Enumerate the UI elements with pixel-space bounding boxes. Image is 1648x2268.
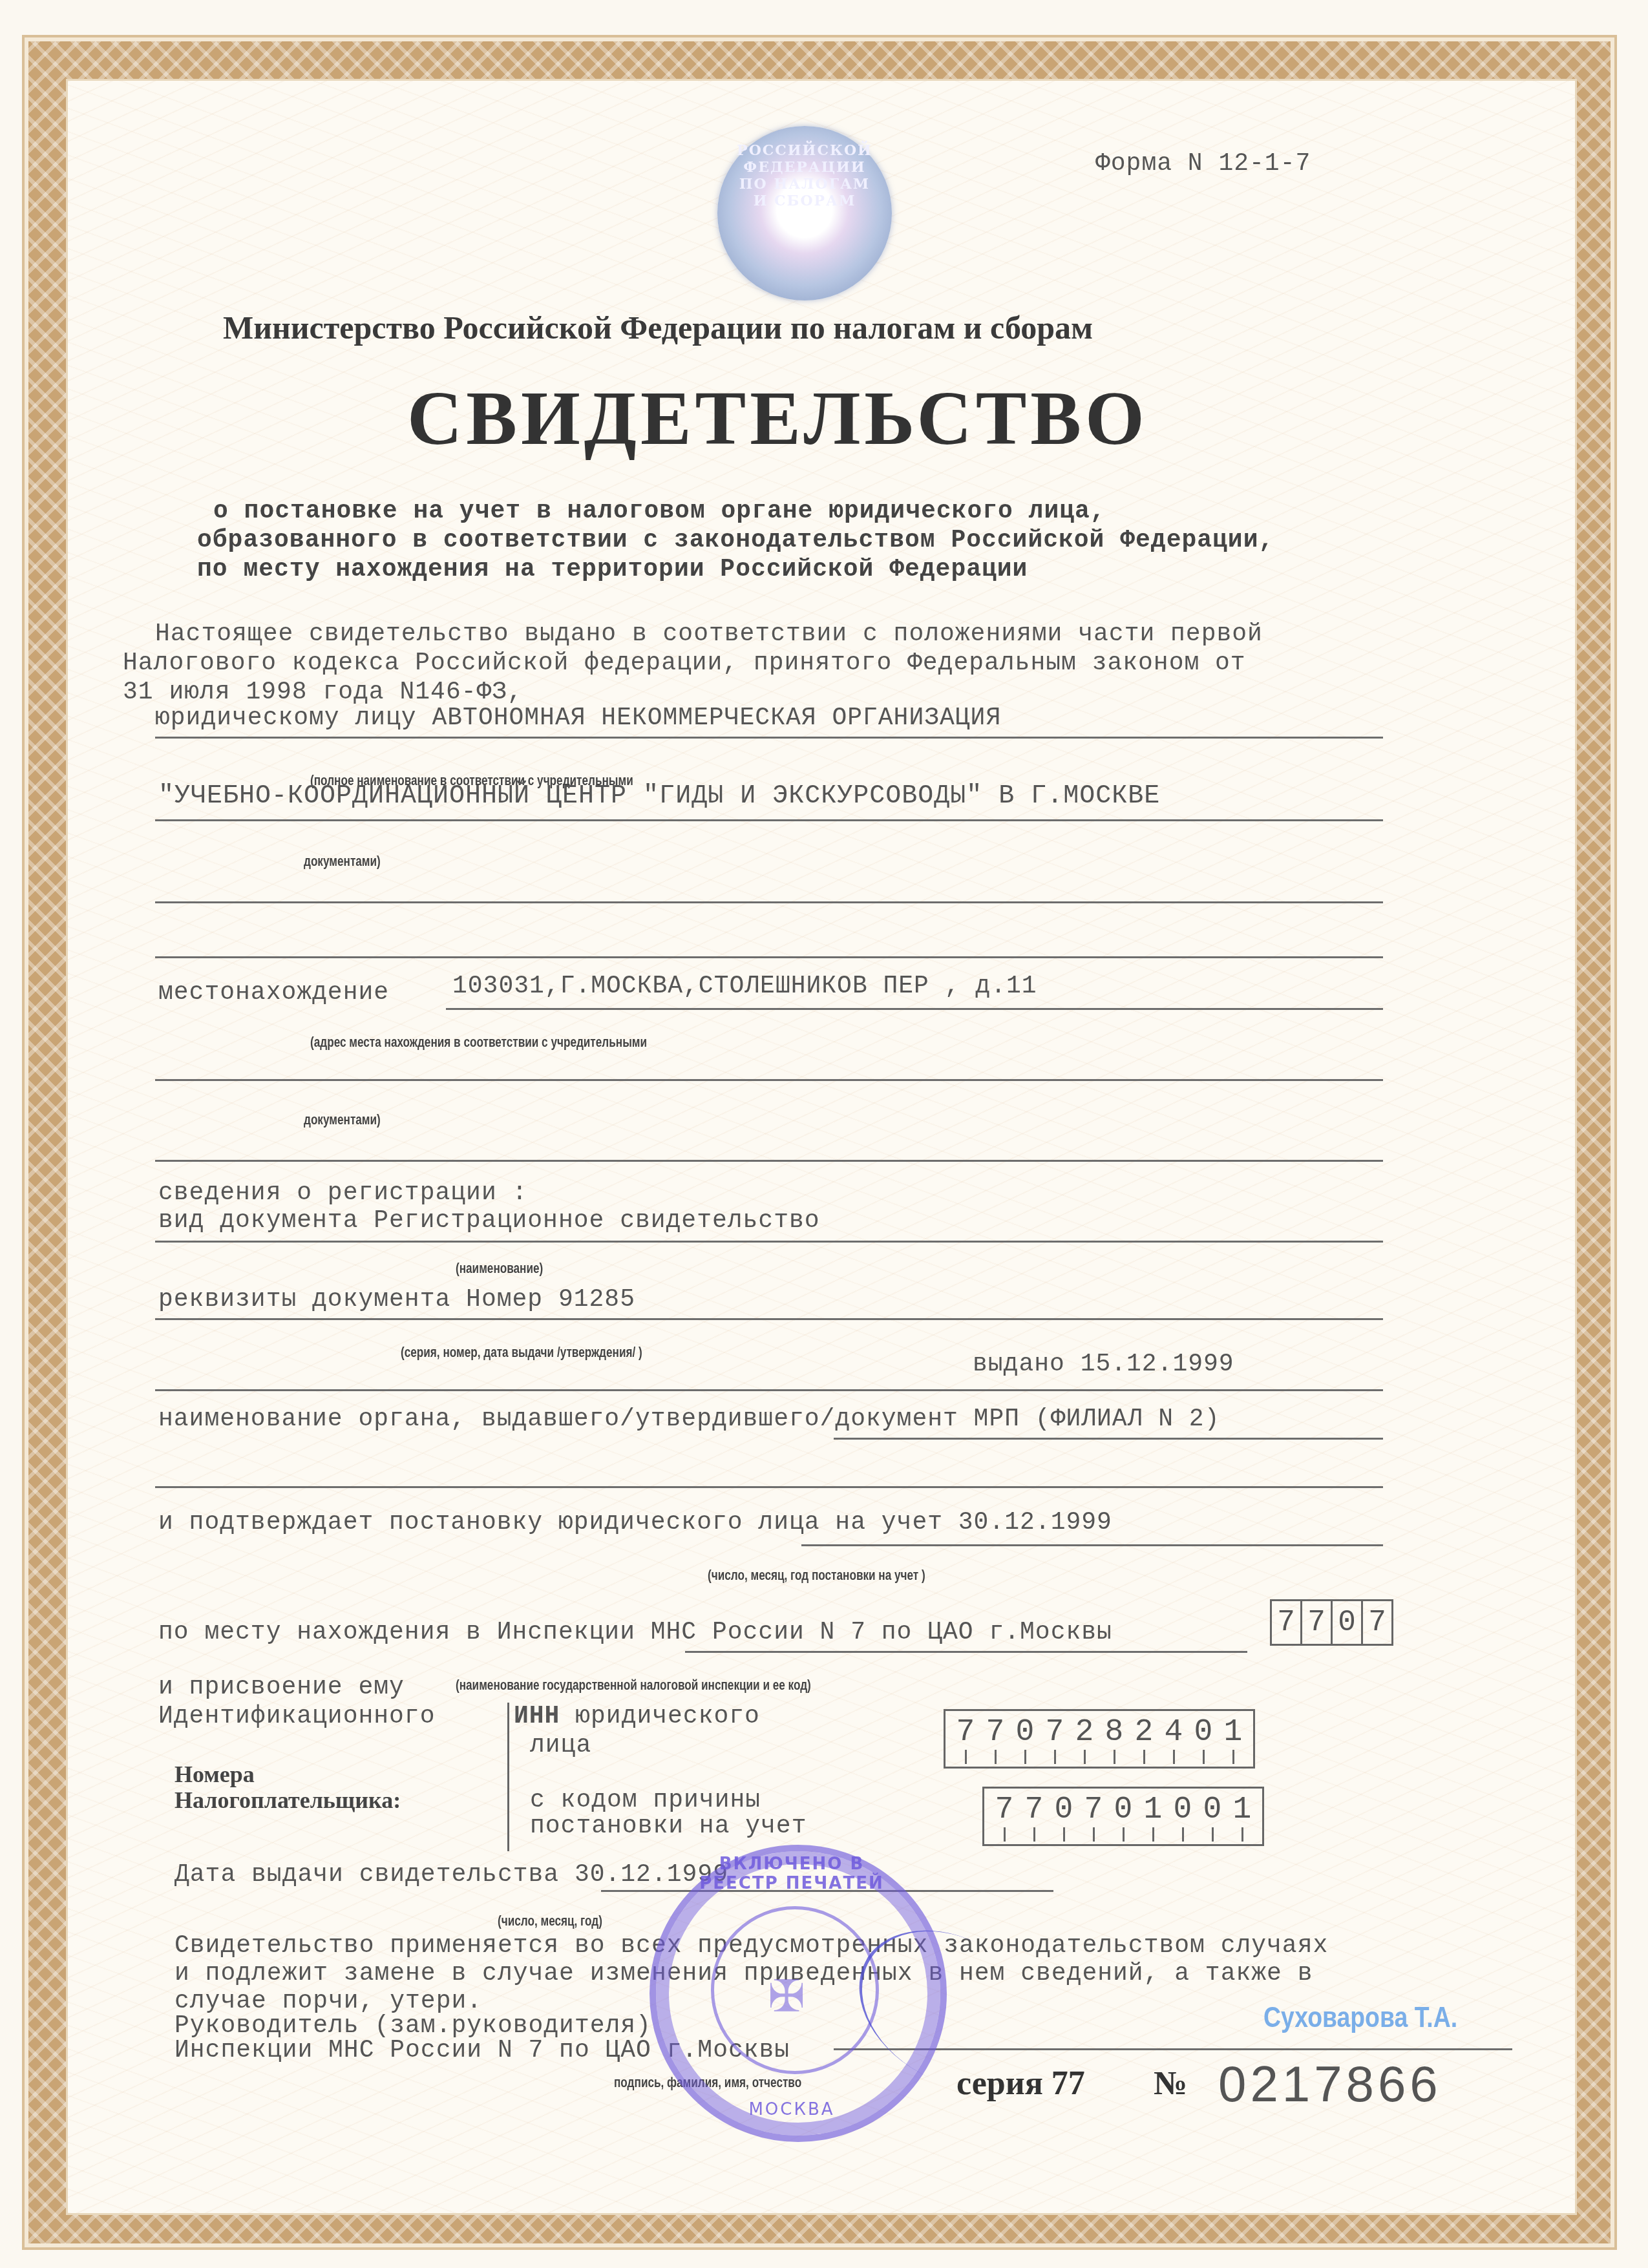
issuer-label: наименование органа, выдавшего/утвердивш… (158, 1405, 958, 1433)
inspection-label: по месту нахождения в (158, 1619, 481, 1646)
code-digit: 0 (1333, 1601, 1363, 1644)
underline (685, 1651, 1247, 1653)
subtitle-line: о постановке на учет в налоговом органе … (213, 498, 1106, 525)
eagle-emblem-icon: ✠ (769, 1958, 804, 2030)
code-digit: 7 (1363, 1601, 1391, 1644)
kpp-label-1: с кодом причины (530, 1787, 761, 1814)
intro-line: 31 июля 1998 года N146-ФЗ, (123, 678, 523, 706)
code-digit: 2 (1070, 1715, 1099, 1750)
kpp-ticks (989, 1827, 1257, 1844)
entity-row: юридическому лицу АВТОНОМНАЯ НЕКОММЕРЧЕС… (155, 704, 1001, 732)
code-digit: 7 (951, 1715, 980, 1750)
doc-type-row: вид документа Регистрационное свидетельс… (158, 1207, 820, 1235)
digit-tick (1079, 1827, 1108, 1844)
confirm-label: и подтверждает постановку юридического л… (158, 1509, 943, 1537)
digit-tick (1019, 1827, 1049, 1844)
digit-tick (1010, 1750, 1040, 1767)
inn-box: 7707282401 (944, 1709, 1255, 1769)
stamp-top-text: ВКЛЮЧЕНО В РЕЕСТР ПЕЧАТЕЙ (685, 1854, 898, 1893)
divider-line (507, 1703, 509, 1851)
digit-tick (1218, 1750, 1248, 1767)
underline (155, 1160, 1383, 1162)
issue-date-label: Дата выдачи свидетельства (174, 1861, 559, 1889)
underline (155, 901, 1383, 903)
code-digit: 0 (1188, 1715, 1218, 1750)
location-label: местонахождение (158, 979, 389, 1007)
code-digit: 7 (1019, 1792, 1049, 1827)
code-digit: 0 (1198, 1792, 1227, 1827)
kpp-label-2: постановки на учет (530, 1812, 807, 1840)
id-label-1: Идентификационного (158, 1703, 435, 1730)
hologram-text: РОССИЙСКОЙ ФЕДЕРАЦИИ ПО НАЛОГАМ И СБОРАМ (730, 142, 879, 209)
location-caption: (адрес места нахождения в соответствии с… (310, 1034, 647, 1051)
entity-label: юридическому лицу (155, 704, 417, 732)
digit-tick (1138, 1827, 1168, 1844)
digit-tick (951, 1750, 980, 1767)
inn-label-bold: ИНН (514, 1703, 560, 1730)
issuer-value: МРП (ФИЛИАЛ N 2) (974, 1405, 1220, 1433)
serial-number: 0217866 (1218, 2055, 1442, 2114)
digit-tick (980, 1750, 1010, 1767)
inspection-row: по месту нахождения в Инспекции МНС Росс… (158, 1619, 1112, 1646)
digit-tick (1049, 1827, 1079, 1844)
issued-label: выдано (973, 1350, 1065, 1378)
underline (834, 1438, 1383, 1440)
code-digit: 1 (1227, 1792, 1257, 1827)
underline (446, 1008, 1383, 1010)
digit-tick (1168, 1827, 1198, 1844)
issue-date-caption: (число, месяц, год) (498, 1913, 602, 1929)
code-digit: 7 (1079, 1792, 1108, 1827)
digit-tick (989, 1827, 1019, 1844)
code-digit: 4 (1159, 1715, 1188, 1750)
doc-type-caption: (наименование) (456, 1260, 543, 1277)
code-digit: 7 (1302, 1601, 1333, 1644)
doc-details-row: реквизиты документа Номер 91285 (158, 1286, 635, 1314)
code-digit: 1 (1218, 1715, 1248, 1750)
page-title: СВИДЕТЕЛЬСТВО (407, 375, 1148, 463)
intro-line: Настоящее свидетельство выдано в соответ… (155, 620, 1263, 648)
underline (155, 1389, 1383, 1391)
kpp-digits: 770701001 (989, 1792, 1257, 1827)
underline (155, 1486, 1383, 1488)
form-number: Форма N 12-1-7 (1095, 150, 1311, 178)
confirm-row: и подтверждает постановку юридического л… (158, 1509, 1112, 1537)
code-digit: 7 (980, 1715, 1010, 1750)
digit-tick (1040, 1750, 1070, 1767)
underline (155, 819, 1383, 821)
number-sign: № (1154, 2064, 1187, 2103)
inspection-code-box: 7 7 0 7 (1270, 1599, 1393, 1646)
subtitle-line: образованного в соответствии с законодат… (197, 527, 1274, 554)
inn-digits: 7707282401 (951, 1715, 1248, 1750)
confirm-date: 30.12.1999 (958, 1509, 1112, 1537)
doc-details-label: реквизиты документа (158, 1286, 450, 1314)
entity-name-line2: "УЧЕБНО-КООРДИНАЦИОННЫЙ ЦЕНТР "ГИДЫ И ЭК… (158, 782, 1160, 811)
inspection-value: Инспекции МНС России N 7 по ЦАО г.Москвы (497, 1619, 1112, 1646)
code-digit: 0 (1168, 1792, 1198, 1827)
registration-label: сведения о регистрации : (158, 1179, 527, 1207)
digit-tick (1108, 1827, 1138, 1844)
doc-type-label: вид документа (158, 1207, 358, 1235)
digit-tick (1159, 1750, 1188, 1767)
digit-tick (1188, 1750, 1218, 1767)
issued-date: 15.12.1999 (1081, 1350, 1234, 1378)
head-label-1: Руководитель (зам.руководителя) (174, 2012, 651, 2040)
id-label-3: Налогоплательщика: (174, 1787, 401, 1814)
code-digit: 0 (1010, 1715, 1040, 1750)
code-digit: 7 (1272, 1601, 1302, 1644)
doc-details-caption: (серия, номер, дата выдачи /утверждения/… (401, 1344, 642, 1361)
inn-label-rest: юридического (575, 1703, 760, 1730)
code-digit: 0 (1049, 1792, 1079, 1827)
assign-label: и присвоение ему (158, 1674, 405, 1701)
digit-tick (1099, 1750, 1129, 1767)
issuer-row: наименование органа, выдавшего/утвердивш… (158, 1405, 1220, 1433)
doc-details-value: Номер 91285 (466, 1286, 635, 1314)
issue-date-row: Дата выдачи свидетельства 30.12.1999 (174, 1861, 728, 1889)
entity-name-line1: АВТОНОМНАЯ НЕКОММЕРЧЕСКАЯ ОРГАНИЗАЦИЯ (432, 704, 1001, 732)
underline (155, 737, 1383, 739)
subtitle-line: по месту нахождения на территории Россий… (197, 556, 1028, 583)
underline (155, 956, 1383, 958)
digit-tick (1070, 1750, 1099, 1767)
id-label-2: Номера (174, 1761, 255, 1788)
digit-tick (1227, 1827, 1257, 1844)
digit-tick (1129, 1750, 1159, 1767)
issued-row: выдано 15.12.1999 (973, 1350, 1234, 1378)
underline (155, 1241, 1383, 1243)
inn-ticks (951, 1750, 1248, 1767)
underline (155, 1318, 1383, 1320)
location-caption: документами) (304, 1111, 381, 1128)
code-digit: 0 (1108, 1792, 1138, 1827)
underline (155, 1079, 1383, 1081)
code-digit: 2 (1129, 1715, 1159, 1750)
code-digit: 7 (1040, 1715, 1070, 1750)
digit-tick (1198, 1827, 1227, 1844)
confirm-caption: (число, месяц, год постановки на учет ) (708, 1567, 925, 1584)
entity-caption: документами) (304, 853, 381, 870)
intro-line: Налогового кодекса Российской федерации,… (123, 649, 1246, 677)
ministry-heading: Министерство Российской Федерации по нал… (223, 309, 1093, 346)
underline (801, 1544, 1383, 1546)
assign-caption: (наименование государственной налоговой … (456, 1677, 811, 1694)
code-digit: 1 (1138, 1792, 1168, 1827)
kpp-box: 770701001 (982, 1787, 1264, 1846)
signer-name: Суховарова Т.А. (1263, 2002, 1457, 2034)
stamp-bottom-text: МОСКВА (685, 2100, 898, 2119)
inn-label-2: лица (530, 1732, 591, 1759)
code-digit: 8 (1099, 1715, 1129, 1750)
doc-type-value: Регистрационное свидетельство (374, 1207, 819, 1235)
usage-line: случае порчи, утери. (174, 1988, 482, 2015)
inn-label: ИНН юридического (514, 1703, 760, 1730)
location-value: 103031,Г.МОСКВА,СТОЛЕШНИКОВ ПЕР , д.11 (452, 972, 1037, 1000)
code-digit: 7 (989, 1792, 1019, 1827)
